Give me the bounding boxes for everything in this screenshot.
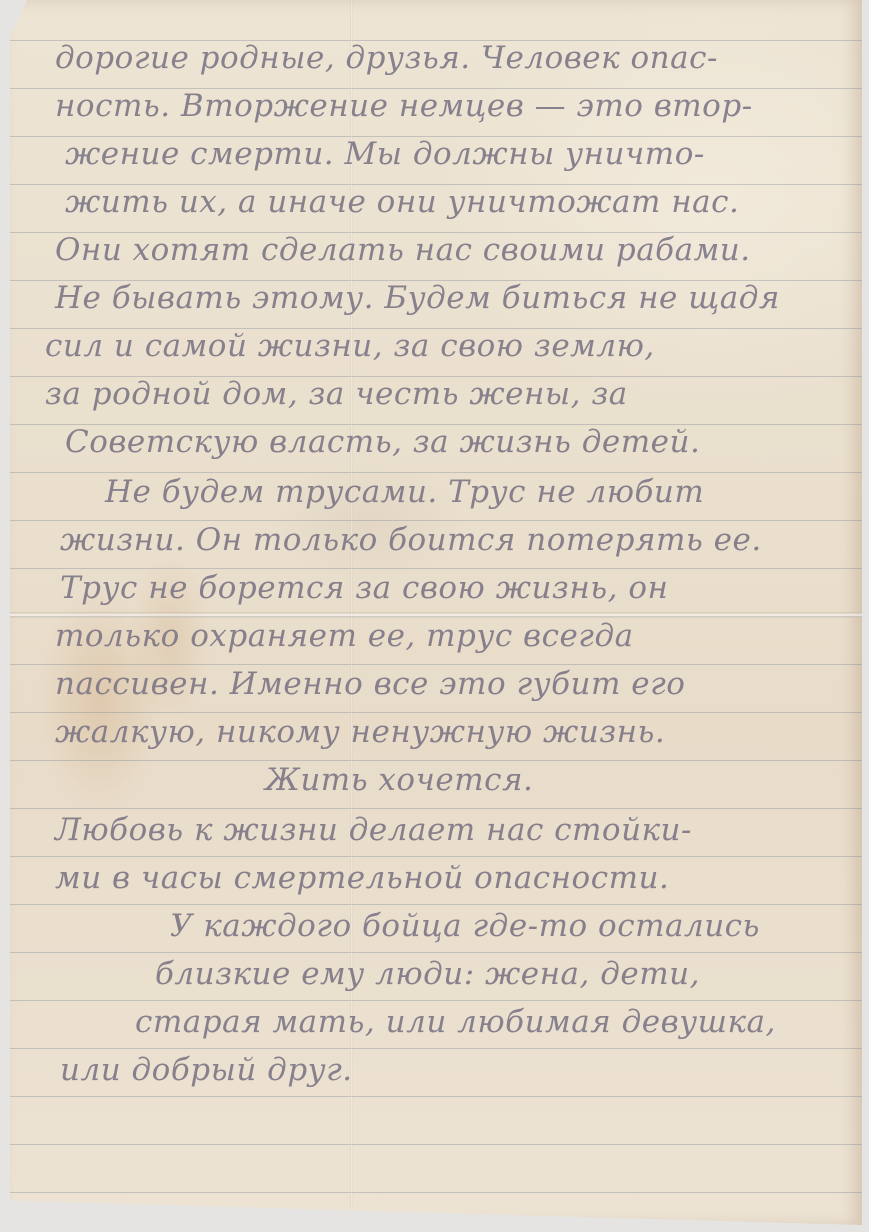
text-line: дорогие родные, друзья. Человек опас- (55, 40, 718, 76)
text-line: или добрый друг. (60, 1052, 353, 1088)
text-line: Они хотят сделать нас своими рабами. (55, 232, 751, 268)
ruled-line (10, 520, 862, 521)
text-line: близкие ему люди: жена, дети, (155, 956, 700, 992)
text-line: сил и самой жизни, за свою землю, (45, 328, 655, 364)
ruled-line (10, 472, 862, 473)
ruled-line (10, 1096, 862, 1097)
letter-sheet: дорогие родные, друзья. Человек опас- но… (10, 0, 862, 1225)
ruled-line (10, 568, 862, 569)
text-line: жение смерти. Мы должны уничто- (65, 136, 705, 172)
ruled-line (10, 1000, 862, 1001)
ruled-line (10, 760, 862, 761)
ruled-line (10, 904, 862, 905)
text-line: У каждого бойца где-то остались (170, 908, 760, 944)
text-line: жалкую, никому ненужную жизнь. (55, 714, 665, 750)
text-line: Не бывать этому. Будем биться не щадя (55, 280, 780, 316)
text-line: ми в часы смертельной опасности. (55, 860, 669, 896)
ruled-line (10, 712, 862, 713)
text-line: жить их, а иначе они уничтожат нас. (65, 184, 739, 220)
heading-line: Жить хочется. (265, 762, 533, 798)
text-line: пассивен. Именно все это губит его (55, 666, 685, 702)
text-line: жизни. Он только боится потерять ее. (60, 522, 762, 558)
text-line: только охраняет ее, трус всегда (55, 618, 634, 654)
ruled-line (10, 952, 862, 953)
ruled-line (10, 1048, 862, 1049)
text-line: Трус не борется за свою жизнь, он (60, 570, 668, 606)
ruled-line (10, 856, 862, 857)
text-line: за родной дом, за честь жены, за (45, 376, 628, 412)
text-line: Любовь к жизни делает нас стойки- (55, 812, 692, 848)
text-line: старая мать, или любимая девушка, (135, 1004, 776, 1040)
text-line: Советскую власть, за жизнь детей. (65, 424, 700, 460)
ruled-line (10, 664, 862, 665)
ruled-line (10, 1192, 862, 1193)
ruled-line (10, 808, 862, 809)
ruled-line (10, 1144, 862, 1145)
text-line: Не будем трусами. Трус не любит (105, 474, 704, 510)
text-line: ность. Вторжение немцев — это втор- (55, 88, 753, 124)
